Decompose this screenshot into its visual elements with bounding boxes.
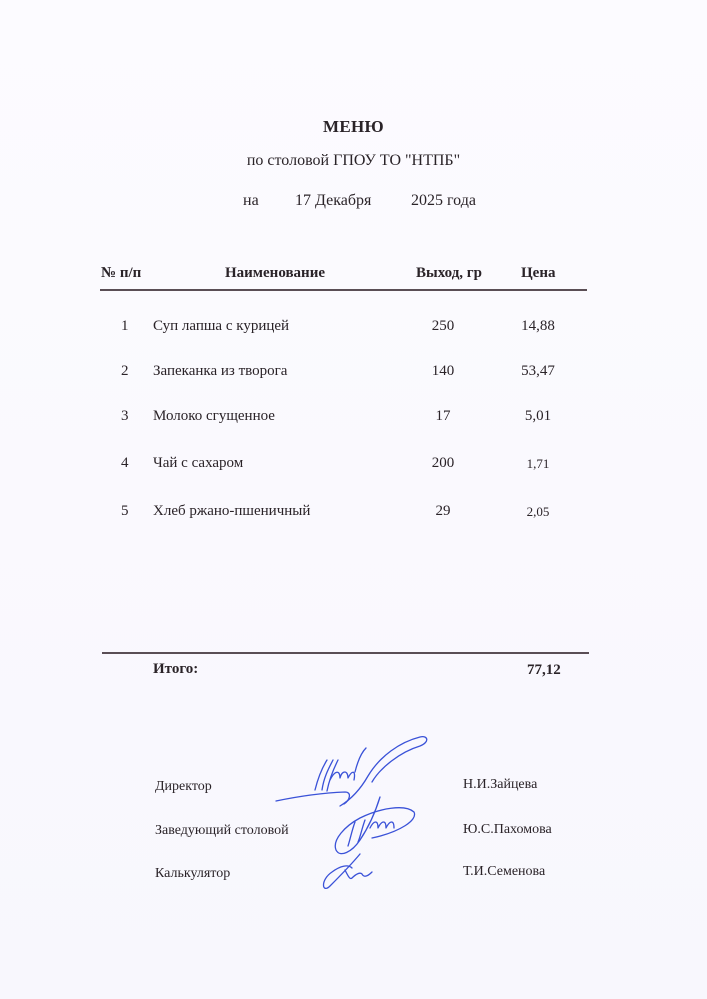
- total-value: 77,12: [527, 662, 561, 679]
- signature-name-director: Н.И.Зайцева: [463, 777, 537, 793]
- row-name: Хлеб ржано-пшеничный: [153, 503, 310, 520]
- canteen-head-signature-icon: [335, 797, 414, 854]
- header-price: Цена: [521, 265, 555, 282]
- date-day-month: 17 Декабря: [295, 192, 371, 210]
- row-number: 1: [121, 318, 129, 335]
- header-output: Выход, гр: [416, 265, 482, 282]
- row-price: 53,47: [513, 363, 563, 380]
- row-name: Запеканка из творога: [153, 363, 287, 380]
- row-output: 140: [418, 363, 468, 380]
- calculator-signature-icon: [324, 854, 373, 888]
- row-output: 17: [418, 408, 468, 425]
- row-number: 5: [121, 503, 129, 520]
- row-output: 250: [418, 318, 468, 335]
- document-page: МЕНЮ по столовой ГПОУ ТО "НТПБ" на 17 Де…: [0, 0, 707, 999]
- table-row: 1 Суп лапша с курицей 250 14,88: [0, 318, 707, 340]
- signature-role-canteen-head: Заведующий столовой: [155, 823, 289, 839]
- handwritten-signatures: [0, 0, 707, 999]
- header-divider: [100, 289, 587, 291]
- director-signature-icon: [276, 737, 427, 806]
- row-price: 2,05: [513, 504, 563, 520]
- row-price: 5,01: [513, 408, 563, 425]
- row-price: 1,71: [513, 456, 563, 472]
- signature-role-calculator: Калькулятор: [155, 866, 230, 882]
- row-output: 29: [418, 503, 468, 520]
- total-divider: [102, 652, 589, 654]
- row-output: 200: [418, 455, 468, 472]
- date-prefix: на: [243, 192, 259, 210]
- table-row: 5 Хлеб ржано-пшеничный 29 2,05: [0, 503, 707, 525]
- signature-name-calculator: Т.И.Семенова: [463, 864, 545, 880]
- row-number: 4: [121, 455, 129, 472]
- row-name: Суп лапша с курицей: [153, 318, 289, 335]
- date-year: 2025 года: [411, 192, 476, 210]
- row-number: 3: [121, 408, 129, 425]
- signature-name-canteen-head: Ю.С.Пахомова: [463, 822, 552, 838]
- document-title: МЕНЮ: [0, 117, 707, 137]
- total-label: Итого:: [153, 661, 198, 678]
- row-name: Молоко сгущенное: [153, 408, 275, 425]
- row-number: 2: [121, 363, 129, 380]
- table-row: 2 Запеканка из творога 140 53,47: [0, 363, 707, 385]
- table-row: 3 Молоко сгущенное 17 5,01: [0, 408, 707, 430]
- header-name: Наименование: [225, 265, 325, 282]
- header-number: № п/п: [101, 265, 141, 282]
- signature-role-director: Директор: [155, 779, 212, 795]
- row-price: 14,88: [513, 318, 563, 335]
- table-row: 4 Чай с сахаром 200 1,71: [0, 455, 707, 477]
- document-subtitle: по столовой ГПОУ ТО "НТПБ": [0, 152, 707, 170]
- row-name: Чай с сахаром: [153, 455, 243, 472]
